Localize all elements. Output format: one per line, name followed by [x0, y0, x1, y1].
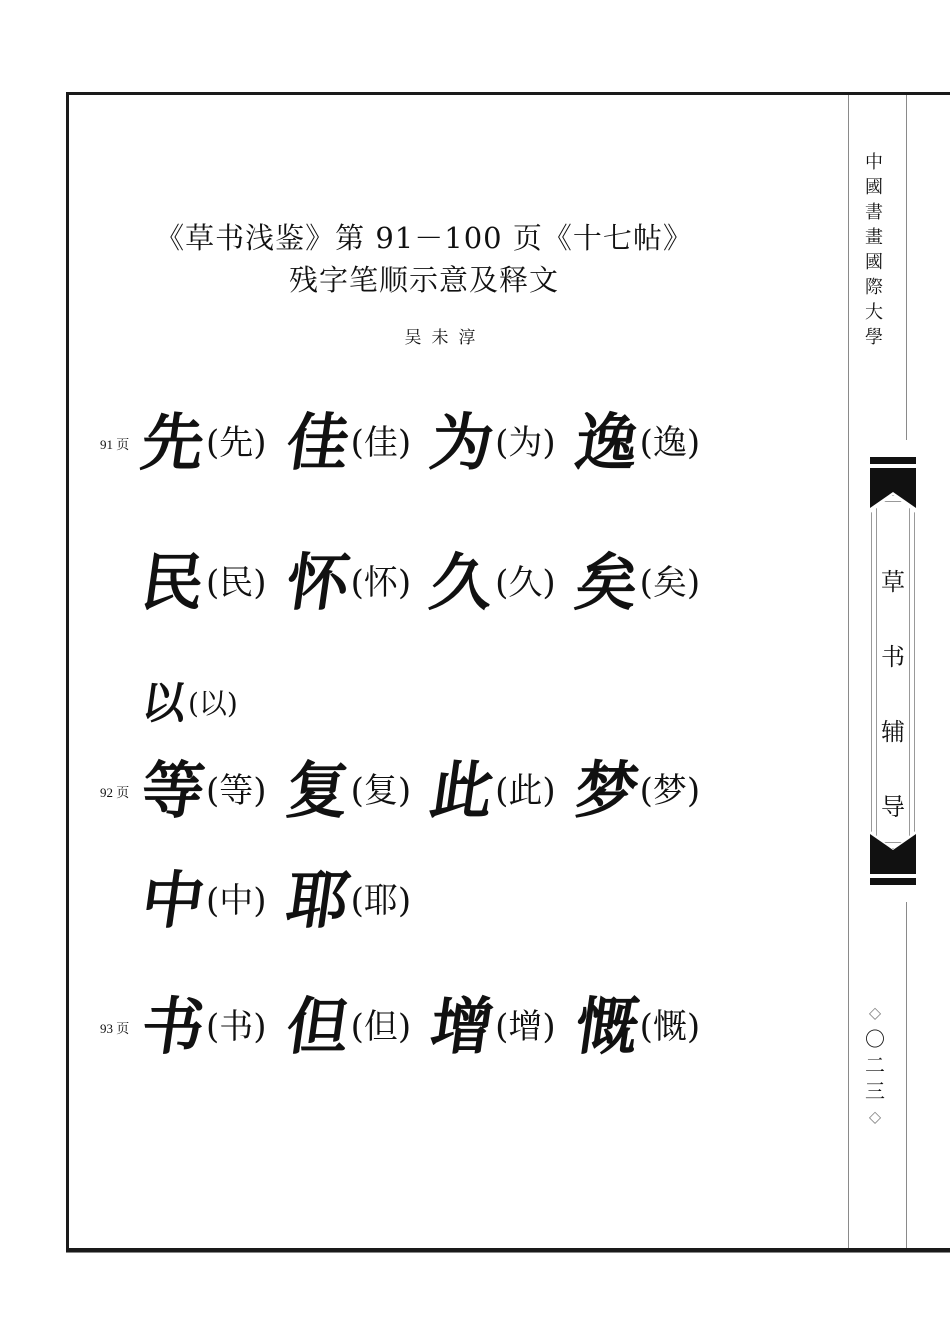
page-number-char: 三 — [865, 1078, 885, 1104]
glyph-item: 复(复) — [287, 760, 412, 822]
gloss: (慨) — [640, 1010, 701, 1044]
cursive-glyph: 逸 — [571, 412, 642, 474]
gloss: (怀) — [351, 566, 412, 600]
glyph-item: 增(增) — [431, 996, 556, 1058]
gloss: (书) — [206, 1010, 267, 1044]
section-char: 书 — [881, 620, 905, 695]
sidebar-divider — [848, 95, 849, 1248]
page-number-char: 〇 — [865, 1026, 885, 1052]
page-number-char: 二 — [865, 1052, 885, 1078]
gloss: (为) — [495, 426, 556, 460]
section-char: 辅 — [881, 695, 905, 770]
page-label: 91 页 — [100, 434, 142, 453]
cursive-glyph: 慨 — [571, 996, 642, 1058]
page-subtitle: 残字笔顺示意及释文 — [0, 258, 848, 299]
glyph-item: 逸(逸) — [576, 412, 701, 474]
glyph-item: 矣(矣) — [576, 552, 701, 614]
gloss: (等) — [206, 774, 267, 808]
cursive-glyph: 增 — [427, 996, 498, 1058]
glyph-item: 民(民) — [142, 552, 267, 614]
glyph-item: 中(中) — [142, 870, 267, 932]
gloss: (增) — [495, 1010, 556, 1044]
gloss: (梦) — [640, 774, 701, 808]
gloss: (以) — [188, 690, 238, 718]
sidebar-divider-inner-top — [906, 95, 907, 440]
school-name-vertical: 中 國 書 畫 國 際 大 學 — [858, 150, 890, 350]
page-title: 《草书浅鉴》第 91－100 页《十七帖》 — [0, 216, 848, 257]
school-char: 國 — [865, 250, 883, 275]
page-frame-bottom — [66, 1248, 950, 1253]
gloss: (复) — [351, 774, 412, 808]
glyph-item: 为(为) — [431, 412, 556, 474]
cursive-glyph: 等 — [138, 760, 209, 822]
gloss: (耶) — [351, 884, 412, 918]
cursive-glyph: 中 — [138, 870, 209, 932]
gloss: (逸) — [640, 426, 701, 460]
school-char: 國 — [865, 175, 883, 200]
cursive-glyph: 民 — [138, 552, 209, 614]
glyph-item: 慨(慨) — [576, 996, 701, 1058]
author: 吴未淳 — [0, 323, 890, 348]
gloss: (民) — [206, 566, 267, 600]
glyph-item: 以(以) — [142, 682, 238, 726]
glyph-row: 91 页 先(先) 佳(佳) 为(为) 逸(逸) — [100, 412, 720, 474]
glyph-row: 92 页 等(等) 复(复) 此(此) 梦(梦) — [100, 760, 720, 822]
section-char: 导 — [881, 770, 905, 845]
glyph-row: 中(中) 耶(耶) — [100, 870, 431, 932]
gloss: (久) — [495, 566, 556, 600]
gloss: (先) — [206, 426, 267, 460]
glyph-item: 怀(怀) — [287, 552, 412, 614]
school-char: 學 — [865, 325, 883, 350]
banner-top-bar — [870, 457, 916, 464]
cursive-glyph: 怀 — [282, 552, 353, 614]
glyph-row: 以(以) — [100, 682, 258, 726]
gloss: (矣) — [640, 566, 701, 600]
section-char: 草 — [881, 545, 905, 620]
glyph-item: 书(书) — [142, 996, 267, 1058]
sidebar-divider-inner-bottom — [906, 902, 907, 1248]
glyph-item: 耶(耶) — [287, 870, 412, 932]
page-label: 92 页 — [100, 782, 142, 801]
cursive-glyph: 为 — [427, 412, 498, 474]
glyph-row: 民(民) 怀(怀) 久(久) 矣(矣) — [100, 552, 720, 614]
cursive-glyph: 佳 — [282, 412, 353, 474]
school-char: 畫 — [865, 225, 883, 250]
banner-bottom-bar — [870, 878, 916, 885]
gloss: (但) — [351, 1010, 412, 1044]
gloss: (佳) — [351, 426, 412, 460]
glyph-item: 久(久) — [431, 552, 556, 614]
school-char: 書 — [865, 200, 883, 225]
cursive-glyph: 以 — [139, 682, 189, 726]
glyph-item: 先(先) — [142, 412, 267, 474]
cursive-glyph: 耶 — [282, 870, 353, 932]
diamond-icon: ◇ — [869, 1000, 881, 1026]
glyph-item: 梦(梦) — [576, 760, 701, 822]
cursive-glyph: 此 — [427, 760, 498, 822]
school-char: 際 — [865, 275, 883, 300]
glyph-item: 佳(佳) — [287, 412, 412, 474]
diamond-icon: ◇ — [869, 1104, 881, 1130]
gloss: (此) — [495, 774, 556, 808]
glyph-row: 93 页 书(书) 但(但) 增(增) 慨(慨) — [100, 996, 720, 1058]
gloss: (中) — [206, 884, 267, 918]
glyph-item: 但(但) — [287, 996, 412, 1058]
cursive-glyph: 矣 — [571, 552, 642, 614]
page-number-vertical: ◇ 〇 二 三 ◇ — [860, 1000, 890, 1130]
cursive-glyph: 梦 — [571, 760, 642, 822]
school-char: 中 — [865, 150, 883, 175]
section-title-vertical: 草 书 辅 导 — [870, 545, 916, 845]
page-label: 93 页 — [100, 1018, 142, 1037]
page-frame-top — [66, 92, 950, 95]
cursive-glyph: 先 — [138, 412, 209, 474]
glyph-item: 等(等) — [142, 760, 267, 822]
school-char: 大 — [865, 300, 883, 325]
glyph-item: 此(此) — [431, 760, 556, 822]
cursive-glyph: 书 — [138, 996, 209, 1058]
cursive-glyph: 久 — [427, 552, 498, 614]
cursive-glyph: 但 — [282, 996, 353, 1058]
section-banner: 草 书 辅 导 — [870, 455, 916, 887]
cursive-glyph: 复 — [282, 760, 353, 822]
